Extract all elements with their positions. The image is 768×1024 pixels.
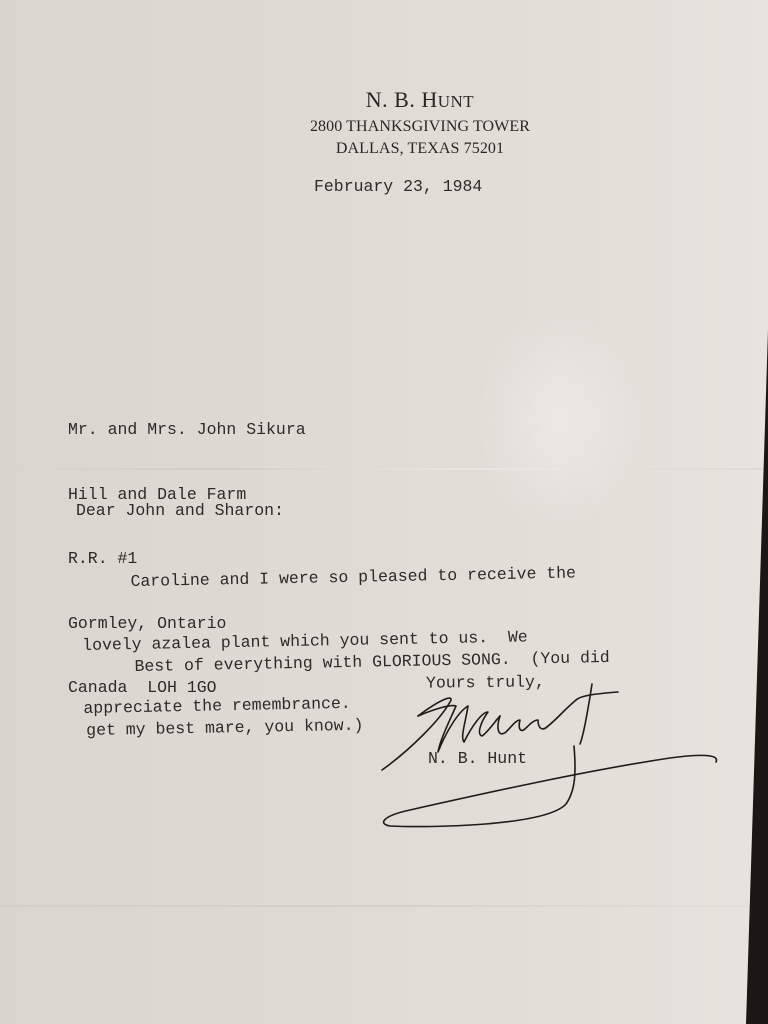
signer-typed-name: N. B. Hunt [428,748,527,770]
letterhead-name-rest: UNT [438,92,474,111]
letter-date: February 23, 1984 [314,176,482,198]
salutation: Dear John and Sharon: [76,500,284,522]
letterhead-address-line1: 2800 THANKSGIVING TOWER [290,116,550,138]
letterhead-address-line2: DALLAS, TEXAS 75201 [290,138,550,160]
letterhead-name: N. B. HUNT [290,86,550,116]
body-line: Caroline and I were so pleased to receiv… [81,562,576,593]
letterhead: N. B. HUNT 2800 THANKSGIVING TOWER DALLA… [290,86,550,160]
letter-page: N. B. HUNT 2800 THANKSGIVING TOWER DALLA… [0,0,768,1024]
recipient-line: Mr. and Mrs. John Sikura [68,419,306,441]
handwritten-signature [370,680,730,840]
letterhead-name-initial: N. B. H [366,87,438,112]
